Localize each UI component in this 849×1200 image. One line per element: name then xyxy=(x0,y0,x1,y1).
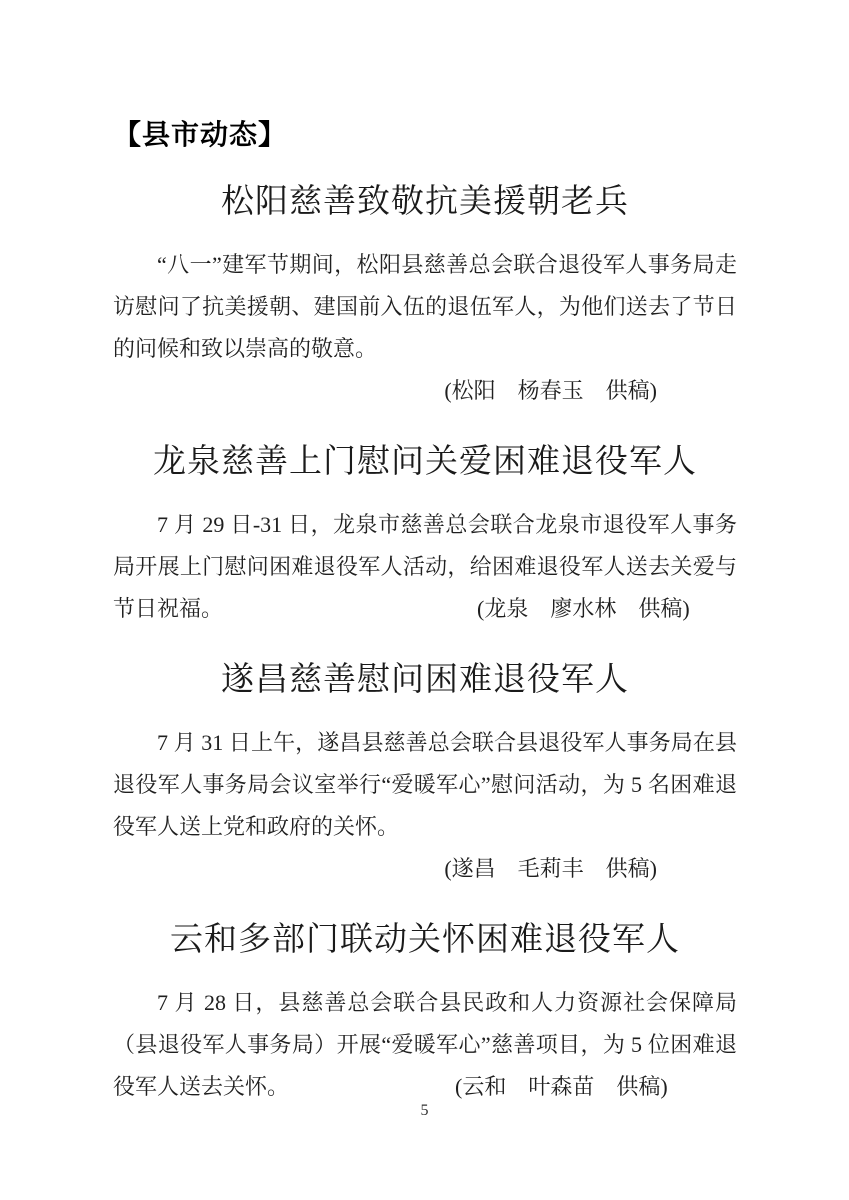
article-body: 7 月 29 日-31 日，龙泉市慈善总会联合龙泉市退役军人事务局开展上门慰问困… xyxy=(113,504,737,630)
article-body: 7 月 31 日上午，遂昌县慈善总会联合县退役军人事务局在县退役军人事务局会议室… xyxy=(113,722,737,848)
article-title: 遂昌慈善慰问困难退役军人 xyxy=(113,658,737,700)
article-attribution: (龙泉 廖水林 供稿) xyxy=(433,588,690,630)
article-title: 松阳慈善致敬抗美援朝老兵 xyxy=(113,180,737,222)
article-songyang: 松阳慈善致敬抗美援朝老兵 “八一”建军节期间，松阳县慈善总会联合退役军人事务局走… xyxy=(113,180,737,412)
article-attribution: (松阳 杨春玉 供稿) xyxy=(113,370,737,412)
article-attribution: (遂昌 毛莉丰 供稿) xyxy=(113,848,737,890)
article-yunhe: 云和多部门联动关怀困难退役军人 7 月 28 日，县慈善总会联合县民政和人力资源… xyxy=(113,918,737,1108)
article-title: 龙泉慈善上门慰问关爱困难退役军人 xyxy=(113,440,737,482)
article-body: 7 月 28 日，县慈善总会联合县民政和人力资源社会保障局（县退役军人事务局）开… xyxy=(113,982,737,1108)
page-content: 【县市动态】 松阳慈善致敬抗美援朝老兵 “八一”建军节期间，松阳县慈善总会联合退… xyxy=(113,118,737,1108)
page-number: 5 xyxy=(0,1100,849,1122)
article-longquan: 龙泉慈善上门慰问关爱困难退役军人 7 月 29 日-31 日，龙泉市慈善总会联合… xyxy=(113,440,737,630)
section-header: 【县市动态】 xyxy=(113,118,737,152)
document-page: 【县市动态】 松阳慈善致敬抗美援朝老兵 “八一”建军节期间，松阳县慈善总会联合退… xyxy=(0,0,849,1200)
article-suichang: 遂昌慈善慰问困难退役军人 7 月 31 日上午，遂昌县慈善总会联合县退役军人事务… xyxy=(113,658,737,890)
article-title: 云和多部门联动关怀困难退役军人 xyxy=(113,918,737,960)
article-body: “八一”建军节期间，松阳县慈善总会联合退役军人事务局走访慰问了抗美援朝、建国前入… xyxy=(113,244,737,370)
